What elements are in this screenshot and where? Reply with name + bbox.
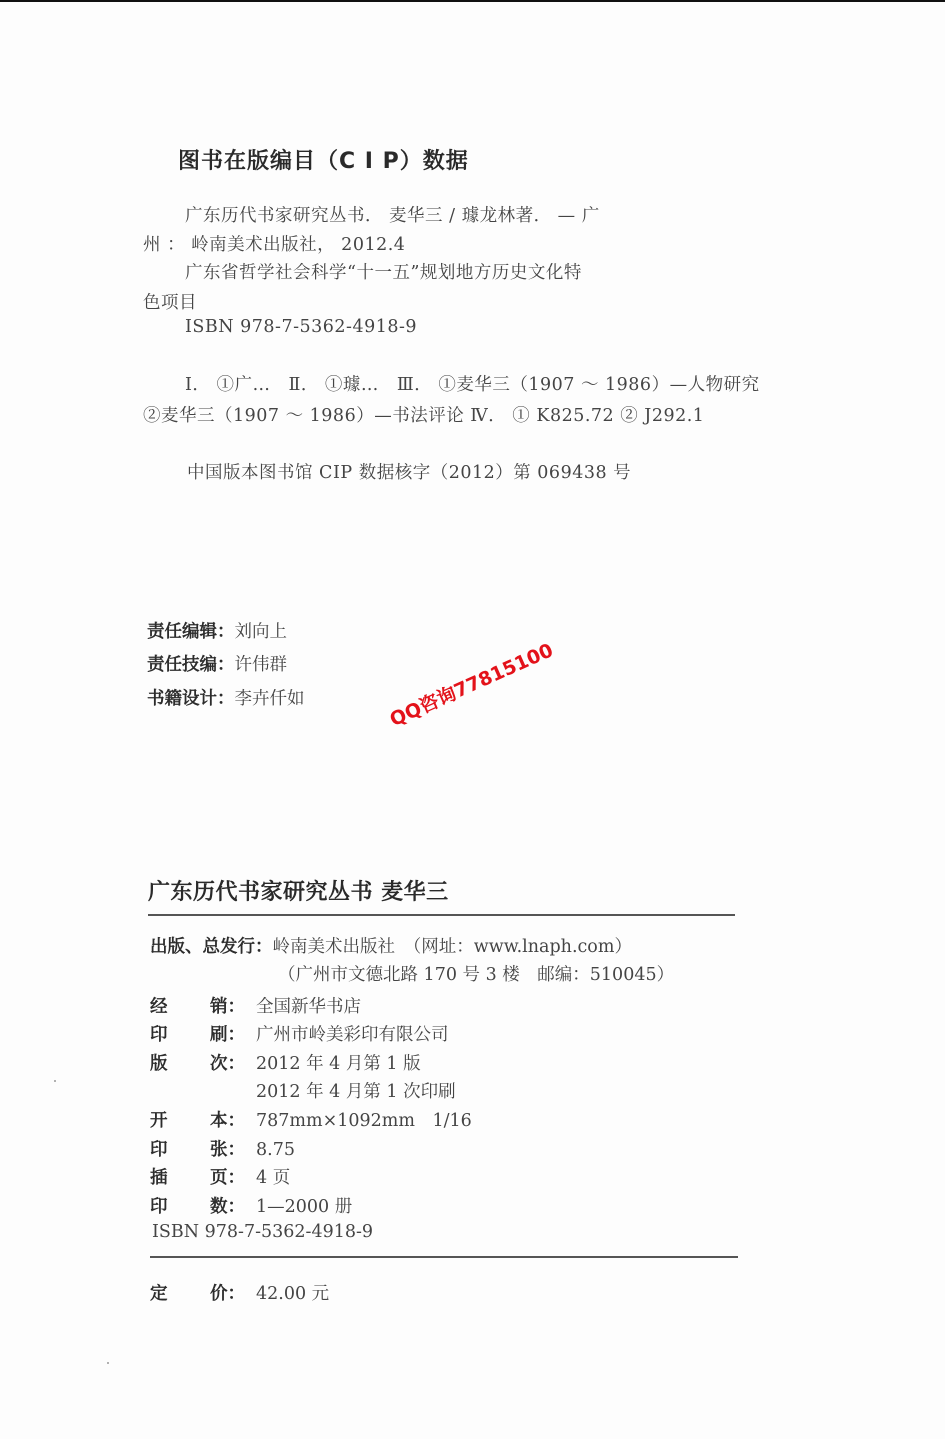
cip-classification-2: ②麦华三（1907 ～ 1986）—书法评论 Ⅳ． ① K825.72 ② J2… (143, 402, 704, 427)
staff-editor-value: 刘向上 (235, 622, 288, 642)
row-label-b: 张： (210, 1136, 256, 1161)
publisher-address: （广州市文德北路 170 号 3 楼 邮编：510045） (278, 961, 674, 986)
row-value: 1—2000 册 (256, 1197, 352, 1217)
scan-speck (107, 1362, 109, 1364)
staff-editor-label: 责任编辑： (147, 622, 235, 642)
row-value: 787mm×1092mm 1/16 (256, 1111, 472, 1131)
row-label-b: 刷： (210, 1021, 256, 1046)
cip-classification-1: Ⅰ． ①广… Ⅱ． ①璩… Ⅲ． ①麦华三（1907 ～ 1986）—人物研究 (185, 371, 760, 396)
row-value: 2012 年 4 月第 1 版 (256, 1054, 421, 1074)
watermark-text: QQ咨询77815100 (385, 636, 557, 732)
info-row-printer: 印刷：广州市岭美彩印有限公司 (150, 1021, 449, 1046)
row-label-a: 印 (150, 1193, 210, 1218)
row-value: 8.75 (256, 1140, 295, 1160)
price-value: 42.00 元 (256, 1284, 329, 1304)
row-label-b: 销： (210, 993, 256, 1018)
row-label-b: 次： (210, 1050, 256, 1075)
price-label-b: 价： (210, 1280, 256, 1305)
price-label-a: 定 (150, 1280, 210, 1305)
row-label-a: 印 (150, 1136, 210, 1161)
info-row-price: 定价：42.00 元 (150, 1280, 329, 1305)
staff-tech-editor-label: 责任技编： (147, 655, 235, 675)
cip-line-4: 色项目 (143, 289, 197, 314)
cip-isbn: ISBN 978-7-5362-4918-9 (185, 317, 417, 337)
info-row-inserts: 插页：4 页 (150, 1164, 290, 1189)
cip-record-number: 中国版本图书馆 CIP 数据核字（2012）第 069438 号 (187, 459, 631, 484)
row-label-a: 经 (150, 993, 210, 1018)
row-value: 2012 年 4 月第 1 次印刷 (256, 1082, 456, 1102)
row-label-a: 插 (150, 1164, 210, 1189)
info-row-sheets: 印张：8.75 (150, 1136, 295, 1161)
cip-title: 图书在版编目（C I P）数据 (178, 144, 469, 175)
info-row-printing: 2012 年 4 月第 1 次印刷 (256, 1078, 456, 1103)
row-label-a: 版 (150, 1050, 210, 1075)
divider-bottom (150, 1256, 738, 1258)
row-label-b: 页： (210, 1164, 256, 1189)
staff-designer-label: 书籍设计： (147, 689, 235, 709)
info-row-edition: 版次：2012 年 4 月第 1 版 (150, 1050, 421, 1075)
publisher-row: 出版、总发行：岭南美术出版社 （网址：www.lnaph.com） (150, 933, 632, 958)
publisher-label: 出版、总发行： (150, 933, 273, 958)
colophon-isbn: ISBN 978-7-5362-4918-9 (152, 1222, 373, 1242)
staff-tech-editor: 责任技编：许伟群 (147, 651, 287, 676)
row-value: 全国新华书店 (256, 997, 361, 1017)
info-row-distributor: 经销：全国新华书店 (150, 993, 361, 1018)
page-top-border (0, 0, 945, 2)
book-title: 广东历代书家研究丛书 麦华三 (148, 875, 449, 906)
staff-designer-value: 李卉仟如 (235, 689, 305, 709)
info-row-format: 开本：787mm×1092mm 1/16 (150, 1107, 472, 1132)
row-label-b: 数： (210, 1193, 256, 1218)
staff-tech-editor-value: 许伟群 (235, 655, 288, 675)
info-row-print-run: 印数：1—2000 册 (150, 1193, 352, 1218)
row-label-a: 印 (150, 1021, 210, 1046)
divider-top (148, 914, 735, 916)
row-value: 4 页 (256, 1168, 290, 1188)
staff-designer: 书籍设计：李卉仟如 (147, 685, 305, 710)
row-label-a: 开 (150, 1107, 210, 1132)
scan-speck (54, 1080, 56, 1082)
cip-line-1: 广东历代书家研究丛书． 麦华三 / 璩龙林著． — 广 (185, 202, 600, 227)
publisher-value: 岭南美术出版社 （网址：www.lnaph.com） (273, 937, 632, 957)
cip-line-3: 广东省哲学社会科学“十一五”规划地方历史文化特 (185, 259, 582, 284)
cip-line-2: 州 ： 岭南美术出版社， 2012.4 (143, 231, 405, 256)
row-label-b: 本： (210, 1107, 256, 1132)
row-value: 广州市岭美彩印有限公司 (256, 1025, 449, 1045)
staff-editor: 责任编辑：刘向上 (147, 618, 287, 643)
